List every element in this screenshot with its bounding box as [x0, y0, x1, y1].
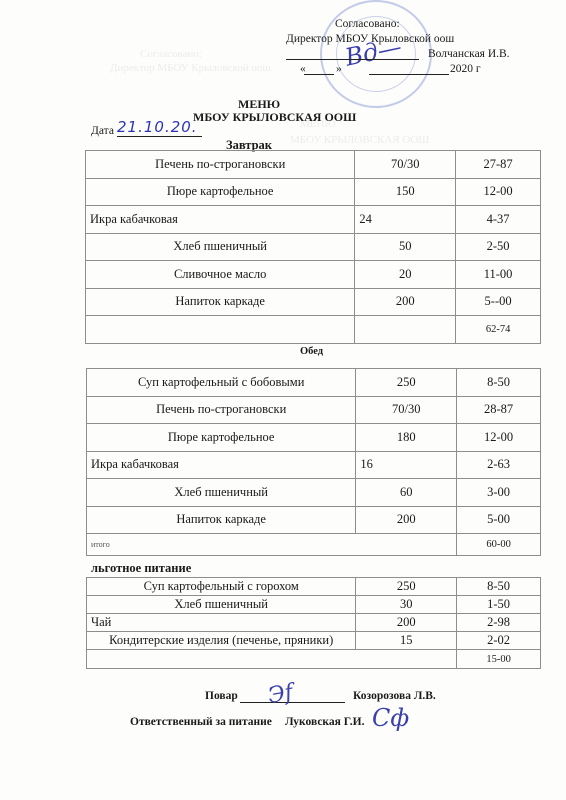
table-row: Суп картофельный с горохом2508-50 [87, 578, 541, 596]
dish-name: Суп картофельный с бобовыми [87, 369, 356, 397]
dish-name: Пюре картофельное [86, 178, 355, 206]
dish-price: 1-50 [457, 596, 541, 614]
lunch-table: Суп картофельный с бобовыми2508-50Печень… [86, 368, 541, 556]
dish-quantity: 200 [356, 614, 457, 632]
dish-price: 2-50 [456, 233, 541, 261]
dish-price: 4-37 [456, 206, 541, 234]
total-price: 60-00 [457, 534, 541, 556]
dish-quantity: 16 [356, 451, 457, 479]
dish-quantity: 70/30 [355, 151, 456, 179]
table-row: Кондитерские изделия (печенье, пряники)1… [87, 632, 541, 650]
dish-name: Пюре картофельное [87, 424, 356, 452]
table-row: Чай2002-98 [87, 614, 541, 632]
dish-name: Сливочное масло [86, 261, 355, 289]
dish-price: 27-87 [456, 151, 541, 179]
dish-quantity: 60 [356, 479, 457, 507]
responsible-label: Ответственный за питание [130, 716, 272, 728]
dish-name: Печень по-строгановски [86, 151, 355, 179]
date-month-line [369, 74, 449, 75]
dish-name: Икра кабачковая [86, 206, 355, 234]
dish-price: 8-50 [457, 369, 541, 397]
total-label [86, 316, 355, 344]
table-row: Напиток каркаде2005--00 [86, 288, 541, 316]
dish-name: Икра кабачковая [87, 451, 356, 479]
lunch-title: Обед [300, 346, 323, 357]
total-empty-cell [355, 316, 456, 344]
table-row: Хлеб пшеничный301-50 [87, 596, 541, 614]
date-value: 21.10.20. [117, 118, 202, 137]
dish-name: Кондитерские изделия (печенье, пряники) [87, 632, 356, 650]
dish-name: Хлеб пшеничный [87, 479, 356, 507]
dish-quantity: 20 [355, 261, 456, 289]
dish-price: 2-98 [457, 614, 541, 632]
dish-price: 12-00 [456, 178, 541, 206]
cook-label: Повар [205, 690, 238, 702]
dish-name: Печень по-строгановски [87, 396, 356, 424]
date-close-quote: » [336, 62, 342, 77]
table-row: Икра кабачковая244-37 [86, 206, 541, 234]
total-price: 15-00 [457, 650, 541, 669]
dish-quantity: 150 [355, 178, 456, 206]
total-row: 62-74 [86, 316, 541, 344]
approval-position: Директор МБОУ Крыловской оош [286, 32, 454, 47]
dish-price: 28-87 [457, 396, 541, 424]
table-row: Пюре картофельное18012-00 [87, 424, 541, 452]
dish-quantity: 30 [356, 596, 457, 614]
approval-year: 2020 г [450, 62, 481, 77]
dish-quantity: 70/30 [356, 396, 457, 424]
bleed-through-text: Директор МБОУ Крыловской оош [110, 62, 271, 74]
dish-name: Хлеб пшеничный [87, 596, 356, 614]
approval-block: Согласовано: Директор МБОУ Крыловской оо… [270, 17, 530, 77]
responsible-name: Луковская Г.И. [285, 716, 364, 728]
dish-price: 2-63 [457, 451, 541, 479]
dish-name: Напиток каркаде [87, 506, 356, 534]
table-row: Икра кабачковая162-63 [87, 451, 541, 479]
cook-signature: Эf [266, 680, 295, 709]
dish-price: 12-00 [457, 424, 541, 452]
dish-price: 5--00 [456, 288, 541, 316]
dish-name: Напиток каркаде [86, 288, 355, 316]
dish-price: 3-00 [457, 479, 541, 507]
dish-price: 2-02 [457, 632, 541, 650]
total-label: итого [87, 534, 457, 556]
table-row: Хлеб пшеничный502-50 [86, 233, 541, 261]
school-name: МБОУ КРЫЛОВСКАЯ ООШ [193, 110, 356, 125]
cook-name: Козорозова Л.В. [353, 690, 436, 702]
dish-price: 11-00 [456, 261, 541, 289]
dish-quantity: 180 [356, 424, 457, 452]
dish-quantity: 200 [356, 506, 457, 534]
benefit-table: Суп картофельный с горохом2508-50Хлеб пш… [86, 577, 541, 669]
approval-title: Согласовано: [335, 17, 400, 32]
total-row: 15-00 [87, 650, 541, 669]
dish-quantity: 50 [355, 233, 456, 261]
dish-quantity: 200 [355, 288, 456, 316]
table-row: Напиток каркаде2005-00 [87, 506, 541, 534]
dish-price: 8-50 [457, 578, 541, 596]
date-day-line [304, 74, 334, 75]
table-row: Суп картофельный с бобовыми2508-50 [87, 369, 541, 397]
dish-quantity: 24 [355, 206, 456, 234]
approval-name: Волчанская И.В. [428, 47, 510, 62]
dish-name: Хлеб пшеничный [86, 233, 355, 261]
table-row: Сливочное масло2011-00 [86, 261, 541, 289]
bleed-through-text: Согласовано: [140, 48, 202, 60]
table-row: Пюре картофельное15012-00 [86, 178, 541, 206]
benefit-title: льготное питание [91, 561, 191, 576]
dish-quantity: 250 [356, 578, 457, 596]
table-row: Печень по-строгановски70/3027-87 [86, 151, 541, 179]
dish-price: 5-00 [457, 506, 541, 534]
dish-name: Чай [87, 614, 356, 632]
date-label: Дата [91, 125, 114, 137]
total-row: итого60-00 [87, 534, 541, 556]
dish-name: Суп картофельный с горохом [87, 578, 356, 596]
dish-quantity: 250 [356, 369, 457, 397]
table-row: Печень по-строгановски70/3028-87 [87, 396, 541, 424]
signature-line [286, 59, 419, 60]
table-row: Хлеб пшеничный603-00 [87, 479, 541, 507]
total-label [87, 650, 457, 669]
total-price: 62-74 [456, 316, 541, 344]
breakfast-table: Печень по-строгановски70/3027-87Пюре кар… [85, 150, 541, 344]
responsible-signature: Сф [372, 704, 409, 732]
bleed-through-text: МБОУ КРЫЛОВСКАЯ ООШ [290, 134, 429, 146]
dish-quantity: 15 [356, 632, 457, 650]
